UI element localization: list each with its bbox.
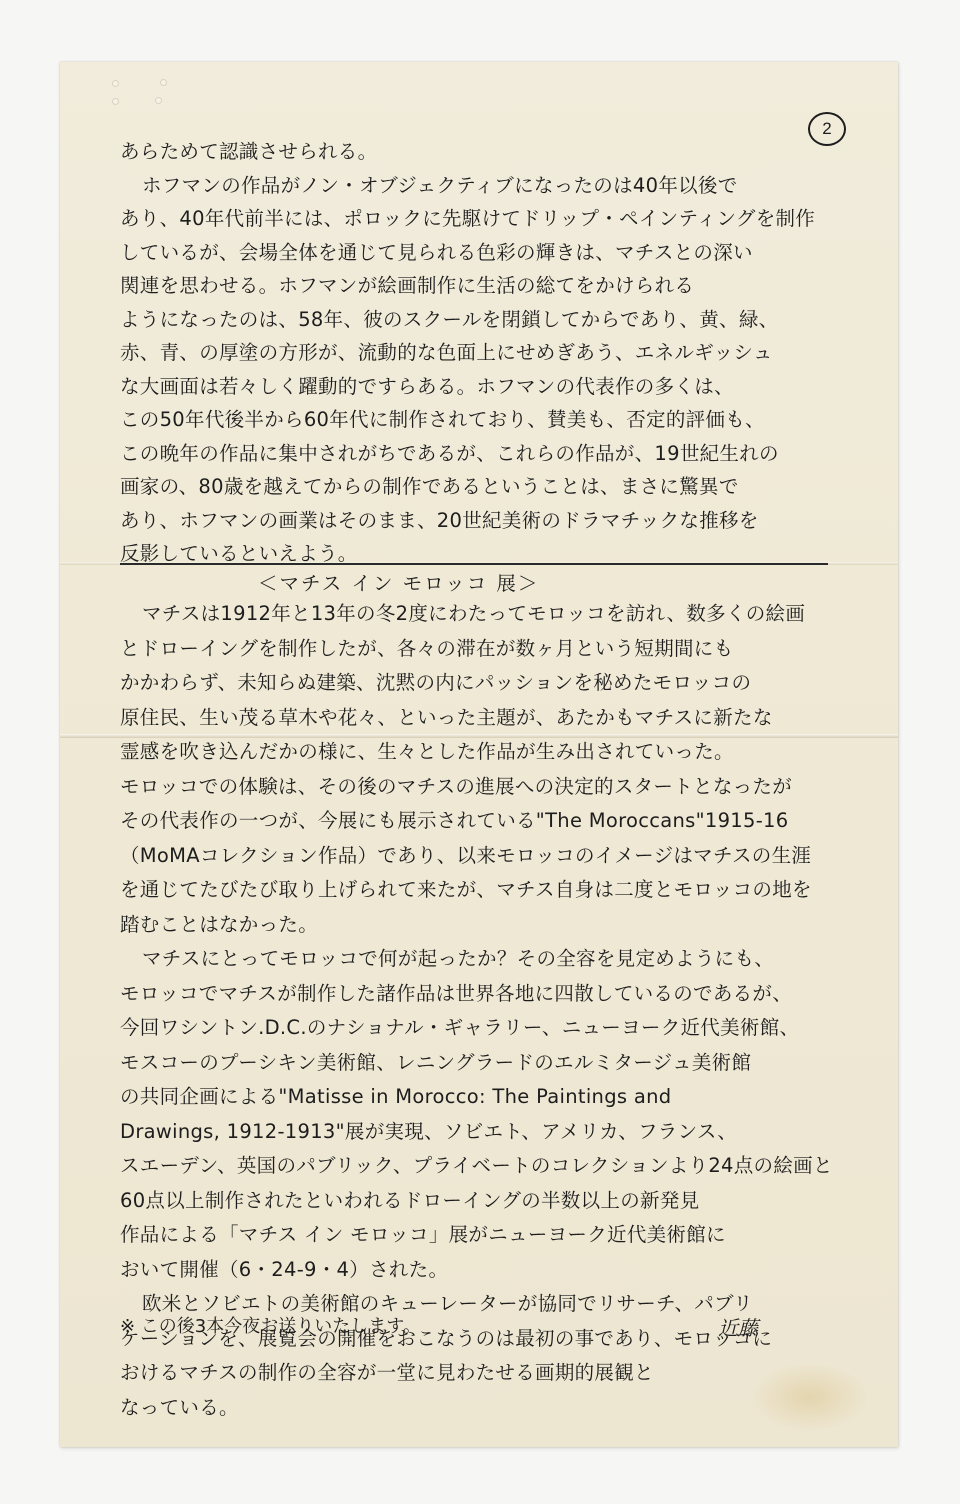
section-divider [120, 563, 828, 565]
text-line: モスコーのプーシキン美術館、レニングラードのエルミタージュ美術館 [120, 1046, 860, 1081]
text-line: モロッコでの体験は、その後のマチスの進展への決定的スタートとなったが [120, 770, 860, 805]
signature: 近藤 [718, 1312, 758, 1341]
text-line: 原住民、生い茂る草木や花々、といった主題が、あたかもマチスに新たな [120, 701, 860, 736]
text-line: Drawings, 1912-1913"展が実現、ソビエト、アメリカ、フランス、 [120, 1115, 860, 1150]
text-line: 60点以上制作されたといわれるドローイングの半数以上の新発見 [120, 1184, 860, 1219]
staple-hole [112, 98, 119, 105]
text-line: しているが、会場全体を通じて見られる色彩の輝きは、マチスとの深い [120, 236, 860, 270]
section-matisse-in-morocco: マチスは1912年と13年の冬2度にわたってモロッコを訪れ、数多くの絵画 とドロ… [120, 597, 860, 1425]
text-line: あり、40年代前半には、ポロックに先駆けてドリップ・ペインティングを制作 [120, 202, 860, 236]
text-line: 踏むことはなかった。 [120, 908, 860, 943]
text-line: マチスは1912年と13年の冬2度にわたってモロッコを訪れ、数多くの絵画 [120, 597, 860, 632]
text-line: 赤、青、の厚塗の方形が、流動的な色面上にせめぎあう、エネルギッシュ [120, 336, 860, 370]
section-title: ＜マチス イン モロッコ 展＞ [258, 568, 539, 596]
text-line: モロッコでマチスが制作した諸作品は世界各地に四散しているのであるが、 [120, 977, 860, 1012]
text-line: な大画面は若々しく躍動的ですらある。ホフマンの代表作の多くは、 [120, 370, 860, 404]
text-line: あり、ホフマンの画業はそのまま、20世紀美術のドラマチックな推移を [120, 504, 860, 538]
text-line: ようになったのは、58年、彼のスクールを閉鎖してからであり、黄、緑、 [120, 303, 860, 337]
text-line: この晩年の作品に集中されがちであるが、これらの作品が、19世紀生れの [120, 437, 860, 471]
section-hofmann-review: あらためて認識させられる。 ホフマンの作品がノン・オブジェクティブになったのは4… [120, 135, 860, 571]
text-line: 反影しているといえよう。 [120, 537, 860, 571]
text-line: の共同企画による"Matisse in Morocco: The Paintin… [120, 1080, 860, 1115]
text-line: なっている。 [120, 1391, 860, 1426]
text-line: マチスにとってモロッコで何が起ったか？その全容を見定めようにも、 [120, 942, 860, 977]
text-line: 関連を思わせる。ホフマンが絵画制作に生活の総てをかけられる [120, 269, 860, 303]
staple-hole [160, 79, 167, 86]
staple-hole [112, 80, 119, 87]
text-line: この50年代後半から60年代に制作されており、賛美も、否定的評価も、 [120, 403, 860, 437]
text-line: あらためて認識させられる。 [120, 135, 860, 169]
text-line: スエーデン、英国のパブリック、プライベートのコレクションより24点の絵画と [120, 1149, 860, 1184]
text-line: おいて開催（6・24-9・4）された。 [120, 1253, 860, 1288]
text-line: 作品による「マチス イン モロッコ」展がニューヨーク近代美術館に [120, 1218, 860, 1253]
footnote: ※ この後3本今夜お送りいたします。 [120, 1312, 421, 1338]
text-line: おけるマチスの制作の全容が一堂に見わたせる画期的展観と [120, 1356, 860, 1391]
staple-hole [155, 97, 162, 104]
text-line: かかわらず、未知らぬ建築、沈黙の内にパッションを秘めたモロッコの [120, 666, 860, 701]
text-line: 今回ワシントン.D.C.のナショナル・ギャラリー、ニューヨーク近代美術館、 [120, 1011, 860, 1046]
text-line: とドローイングを制作したが、各々の滞在が数ヶ月という短期間にも [120, 632, 860, 667]
text-line: 画家の、80歳を越えてからの制作であるということは、まさに驚異で [120, 470, 860, 504]
text-line: （MoMAコレクション作品）であり、以来モロッコのイメージはマチスの生涯 [120, 839, 860, 874]
text-line: 霊感を吹き込んだかの様に、生々とした作品が生み出されていった。 [120, 735, 860, 770]
text-line: その代表作の一つが、今展にも展示されている"The Moroccans"1915… [120, 804, 860, 839]
text-line: ホフマンの作品がノン・オブジェクティブになったのは40年以後で [120, 169, 860, 203]
text-line: を通じてたびたび取り上げられて来たが、マチス自身は二度とモロッコの地を [120, 873, 860, 908]
